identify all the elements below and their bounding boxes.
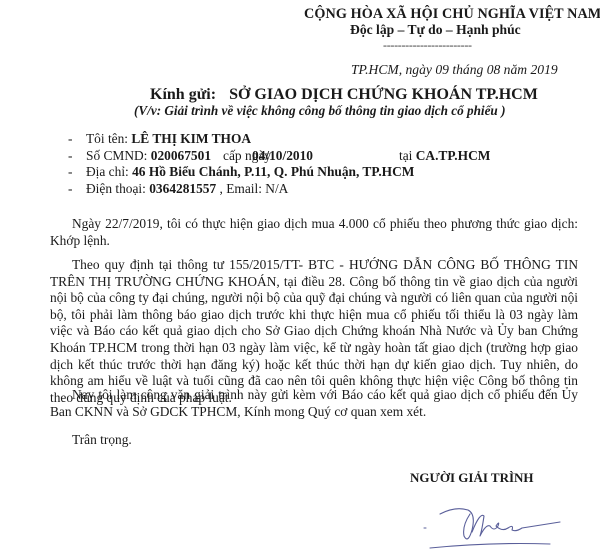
body-paragraph-regulation: Theo quy định tại thông tư 155/2015/TT- … <box>50 257 578 406</box>
closing-remark: Trân trọng. <box>72 432 132 448</box>
signature-image <box>410 492 590 552</box>
nation-motto: Độc lập – Tự do – Hạnh phúc <box>350 22 521 38</box>
id-value: 020067501 <box>151 148 211 163</box>
name-label: Tôi tên: <box>86 131 131 146</box>
info-address-row: -Địa chỉ: 46 Hồ Biểu Chánh, P.11, Q. Phú… <box>68 164 414 180</box>
address-label: Địa chỉ: <box>86 164 132 179</box>
body-paragraph-transaction: Ngày 22/7/2019, tôi có thực hiện giao dị… <box>50 216 578 249</box>
bullet-dash: - <box>68 148 86 164</box>
email-text: , Email: N/A <box>216 181 288 196</box>
issue-date-value: 04/10/2010 <box>252 148 313 164</box>
info-contact-row: -Điện thoại: 0364281557 , Email: N/A <box>68 181 288 197</box>
motto-divider: ------------------------ <box>383 38 472 53</box>
info-name-row: -Tôi tên: LÊ THỊ KIM THOA <box>68 131 251 147</box>
id-label: Số CMND: <box>86 148 151 163</box>
issue-place-label: tại <box>399 148 416 163</box>
name-value: LÊ THỊ KIM THOA <box>131 131 251 146</box>
bullet-dash: - <box>68 181 86 197</box>
body-paragraph-request: Nay tôi làm công văn giải trình này gửi … <box>50 387 578 420</box>
place-date: TP.HCM, ngày 09 tháng 08 năm 2019 <box>351 62 558 78</box>
address-value: 46 Hồ Biểu Chánh, P.11, Q. Phú Nhuận, TP… <box>132 164 414 179</box>
signer-title: NGƯỜI GIẢI TRÌNH <box>410 470 534 486</box>
subject-line: (V/v: Giải trình về việc không công bố t… <box>134 103 505 119</box>
info-id-row: -Số CMND: 020067501cấp ngày 04/10/2010 t… <box>68 148 271 164</box>
recipient-line: Kính gửi:SỞ GIAO DỊCH CHỨNG KHOÁN TP.HCM <box>150 86 538 104</box>
phone-label: Điện thoại: <box>86 181 149 196</box>
phone-value: 0364281557 <box>149 181 216 196</box>
recipient-label: Kính gửi: <box>150 86 216 103</box>
bullet-dash: - <box>68 131 86 147</box>
issue-place-value: CA.TP.HCM <box>416 148 491 163</box>
recipient-name: SỞ GIAO DỊCH CHỨNG KHOÁN TP.HCM <box>229 86 538 103</box>
bullet-dash: - <box>68 164 86 180</box>
nation-title: CỘNG HÒA XÃ HỘI CHỦ NGHĨA VIỆT NAM <box>304 6 600 23</box>
